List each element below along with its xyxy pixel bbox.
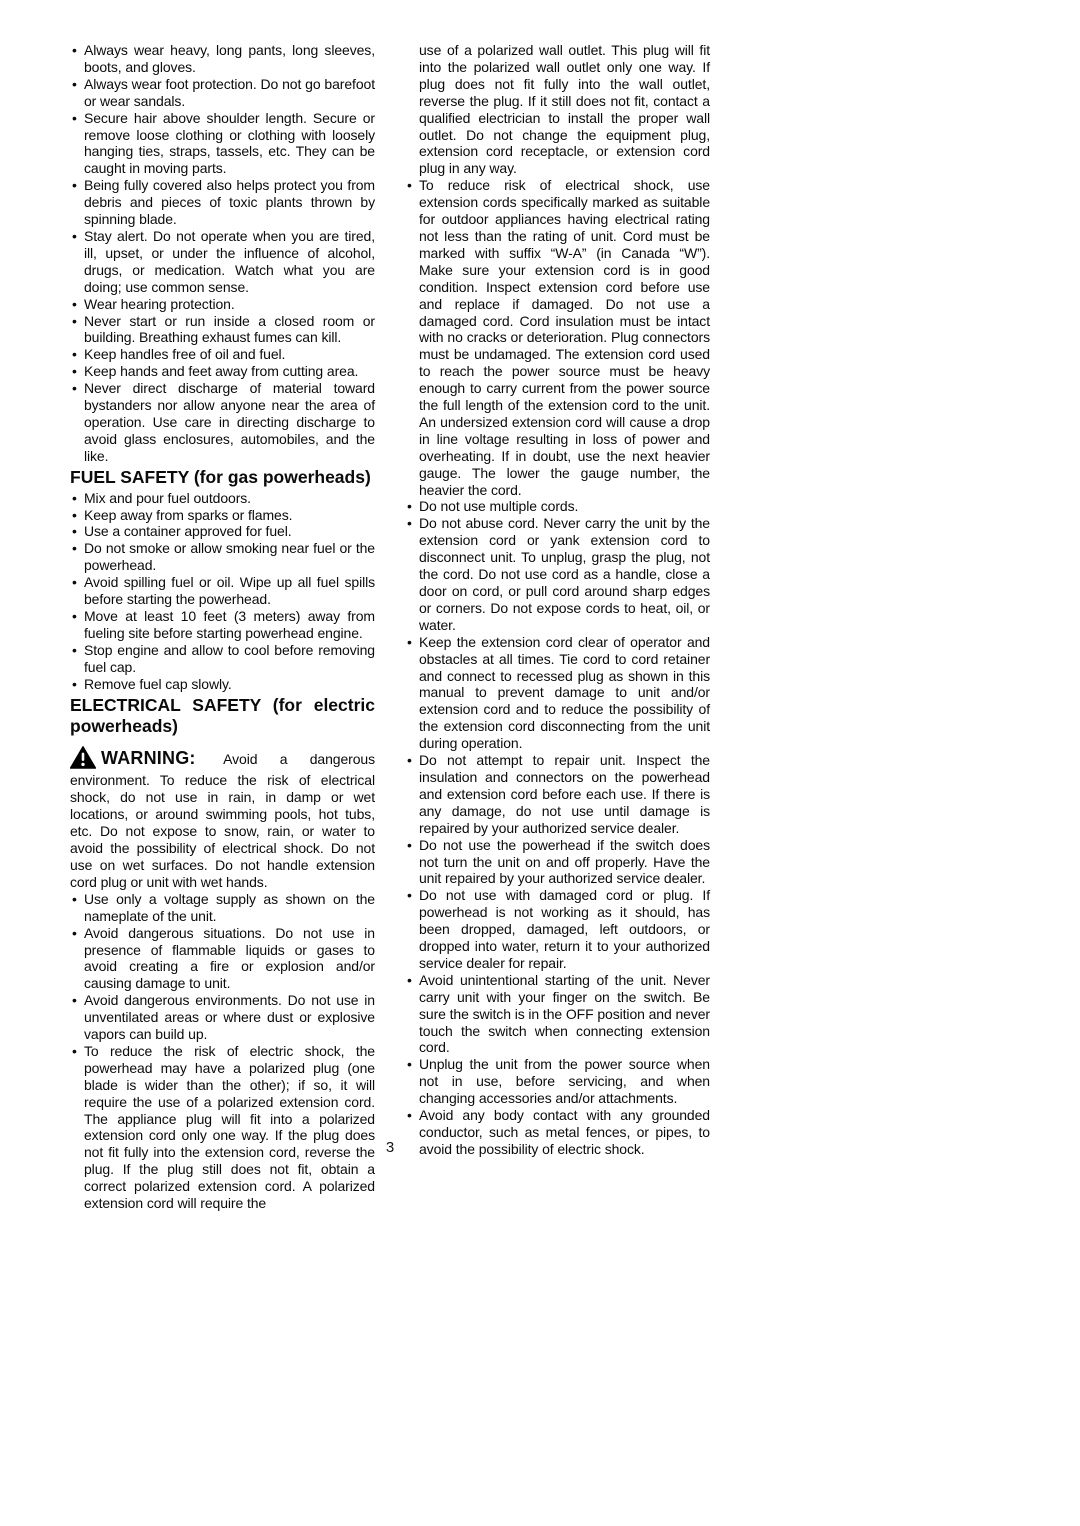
bullet-item: •Never start or run inside a closed room… bbox=[70, 313, 375, 347]
right-column: use of a polarized wall outlet. This plu… bbox=[405, 42, 710, 1212]
bullet-text: Use only a voltage supply as shown on th… bbox=[84, 891, 375, 924]
bullet-text: Secure hair above shoulder length. Secur… bbox=[84, 110, 375, 177]
bullet-item: •Keep handles free of oil and fuel. bbox=[70, 346, 375, 363]
bullet-item: •Do not use multiple cords. bbox=[405, 498, 710, 515]
bullet-icon: • bbox=[72, 42, 77, 59]
bullet-text: Never start or run inside a closed room … bbox=[84, 313, 375, 346]
bullet-item: •Do not use with damaged cord or plug. I… bbox=[405, 887, 710, 972]
warning-text: Avoid a dangerous environment. To reduce… bbox=[70, 751, 375, 890]
bullet-icon: • bbox=[72, 676, 77, 693]
bullet-text: Avoid spilling fuel or oil. Wipe up all … bbox=[84, 574, 375, 607]
bullet-item: •Do not use the powerhead if the switch … bbox=[405, 837, 710, 888]
bullet-item: •Unplug the unit from the power source w… bbox=[405, 1056, 710, 1107]
bullet-item: •Avoid unintentional starting of the uni… bbox=[405, 972, 710, 1057]
bullet-icon: • bbox=[72, 1043, 77, 1060]
bullet-item: •Keep the extension cord clear of operat… bbox=[405, 634, 710, 752]
bullet-icon: • bbox=[407, 887, 412, 904]
bullet-text: Keep handles free of oil and fuel. bbox=[84, 346, 285, 362]
warning-label: WARNING: bbox=[101, 748, 196, 768]
bullet-text: Mix and pour fuel outdoors. bbox=[84, 490, 251, 506]
bullet-icon: • bbox=[72, 313, 77, 330]
bullet-item: •Move at least 10 feet (3 meters) away f… bbox=[70, 608, 375, 642]
bullet-text: Avoid dangerous environments. Do not use… bbox=[84, 992, 375, 1042]
bullet-icon: • bbox=[72, 346, 77, 363]
bullet-item: •Wear hearing protection. bbox=[70, 296, 375, 313]
bullet-icon: • bbox=[407, 972, 412, 989]
bullet-icon: • bbox=[407, 837, 412, 854]
bullet-icon: • bbox=[72, 380, 77, 397]
bullet-item: •Stop engine and allow to cool before re… bbox=[70, 642, 375, 676]
bullet-item: •Remove fuel cap slowly. bbox=[70, 676, 375, 693]
bullet-item: •Always wear foot protection. Do not go … bbox=[70, 76, 375, 110]
bullet-text: Avoid dangerous situations. Do not use i… bbox=[84, 925, 375, 992]
bullet-icon: • bbox=[72, 608, 77, 625]
bullet-icon: • bbox=[407, 498, 412, 515]
bullet-text: Wear hearing protection. bbox=[84, 296, 235, 312]
bullet-text: Keep the extension cord clear of operato… bbox=[419, 634, 710, 751]
bullet-text: Always wear foot protection. Do not go b… bbox=[84, 76, 375, 109]
bullet-item: •Avoid dangerous environments. Do not us… bbox=[70, 992, 375, 1043]
bullet-icon: • bbox=[72, 523, 77, 540]
bullet-item: •Secure hair above shoulder length. Secu… bbox=[70, 110, 375, 178]
bullet-item: •Never direct discharge of material towa… bbox=[70, 380, 375, 465]
bullet-text: Avoid unintentional starting of the unit… bbox=[419, 972, 710, 1056]
bullet-text: Stop engine and allow to cool before rem… bbox=[84, 642, 375, 675]
bullet-icon: • bbox=[407, 634, 412, 651]
bullet-text: Stay alert. Do not operate when you are … bbox=[84, 228, 375, 295]
bullet-icon: • bbox=[72, 574, 77, 591]
bullet-item: •Keep away from sparks or flames. bbox=[70, 507, 375, 524]
bullet-icon: • bbox=[72, 110, 77, 127]
bullet-text: Move at least 10 feet (3 meters) away fr… bbox=[84, 608, 375, 641]
bullet-text: Do not use with damaged cord or plug. If… bbox=[419, 887, 710, 971]
bullet-icon: • bbox=[72, 76, 77, 93]
bullet-text: Remove fuel cap slowly. bbox=[84, 676, 232, 692]
bullet-icon: • bbox=[72, 228, 77, 245]
bullet-text: To reduce the risk of electric shock, th… bbox=[84, 1043, 375, 1211]
bullet-text: Keep hands and feet away from cutting ar… bbox=[84, 363, 358, 379]
bullet-item: •To reduce the risk of electric shock, t… bbox=[70, 1043, 375, 1212]
bullet-text: Being fully covered also helps protect y… bbox=[84, 177, 375, 227]
bullet-text: Unplug the unit from the power source wh… bbox=[419, 1056, 710, 1106]
bullet-item: •Avoid spilling fuel or oil. Wipe up all… bbox=[70, 574, 375, 608]
bullet-text: To reduce risk of electrical shock, use … bbox=[419, 177, 710, 497]
bullet-text: Use a container approved for fuel. bbox=[84, 523, 292, 539]
bullet-text: Do not use the powerhead if the switch d… bbox=[419, 837, 710, 887]
bullet-icon: • bbox=[407, 515, 412, 532]
bullet-item: •Do not attempt to repair unit. Inspect … bbox=[405, 752, 710, 837]
bullet-icon: • bbox=[72, 490, 77, 507]
bullet-icon: • bbox=[407, 1056, 412, 1073]
bullet-icon: • bbox=[72, 507, 77, 524]
bullet-icon: • bbox=[407, 1107, 412, 1124]
bullet-item: •Use a container approved for fuel. bbox=[70, 523, 375, 540]
bullet-text: Never direct discharge of material towar… bbox=[84, 380, 375, 464]
bullet-text: Keep away from sparks or flames. bbox=[84, 507, 292, 523]
left-column: •Always wear heavy, long pants, long sle… bbox=[70, 42, 375, 1212]
bullet-text: Always wear heavy, long pants, long slee… bbox=[84, 42, 375, 75]
bullet-icon: • bbox=[72, 363, 77, 380]
bullet-icon: • bbox=[72, 296, 77, 313]
bullet-icon: • bbox=[72, 642, 77, 659]
bullet-icon: • bbox=[407, 177, 412, 194]
bullet-text: Do not use multiple cords. bbox=[419, 498, 578, 514]
warning-note: WARNING: Avoid a dangerous environment. … bbox=[70, 746, 375, 891]
continued-paragraph: use of a polarized wall outlet. This plu… bbox=[405, 42, 710, 177]
bullet-item: •Stay alert. Do not operate when you are… bbox=[70, 228, 375, 296]
bullet-icon: • bbox=[407, 752, 412, 769]
bullet-icon: • bbox=[72, 891, 77, 908]
bullet-text: Do not smoke or allow smoking near fuel … bbox=[84, 540, 375, 573]
page-number: 3 bbox=[70, 1139, 710, 1156]
bullet-item: •Avoid dangerous situations. Do not use … bbox=[70, 925, 375, 993]
bullet-text: Do not abuse cord. Never carry the unit … bbox=[419, 515, 710, 632]
bullet-item: •Do not abuse cord. Never carry the unit… bbox=[405, 515, 710, 633]
warning-triangle-glyph bbox=[70, 746, 96, 769]
bullet-item: •Being fully covered also helps protect … bbox=[70, 177, 375, 228]
warning-triangle-icon bbox=[70, 746, 96, 773]
bullet-item: •Do not smoke or allow smoking near fuel… bbox=[70, 540, 375, 574]
bullet-icon: • bbox=[72, 177, 77, 194]
bullet-item: •Keep hands and feet away from cutting a… bbox=[70, 363, 375, 380]
bullet-item: •To reduce risk of electrical shock, use… bbox=[405, 177, 710, 498]
bullet-icon: • bbox=[72, 992, 77, 1009]
manual-page: •Always wear heavy, long pants, long sle… bbox=[0, 0, 1080, 1526]
bullet-text: Do not attempt to repair unit. Inspect t… bbox=[419, 752, 710, 836]
section-heading: FUEL SAFETY (for gas powerheads) bbox=[70, 467, 375, 488]
page-content: •Always wear heavy, long pants, long sle… bbox=[70, 42, 710, 1212]
bullet-item: •Use only a voltage supply as shown on t… bbox=[70, 891, 375, 925]
section-heading: ELECTRICAL SAFETY (for electric powerhea… bbox=[70, 695, 375, 737]
bullet-icon: • bbox=[72, 540, 77, 557]
bullet-icon: • bbox=[72, 925, 77, 942]
bullet-item: •Mix and pour fuel outdoors. bbox=[70, 490, 375, 507]
bullet-item: •Always wear heavy, long pants, long sle… bbox=[70, 42, 375, 76]
